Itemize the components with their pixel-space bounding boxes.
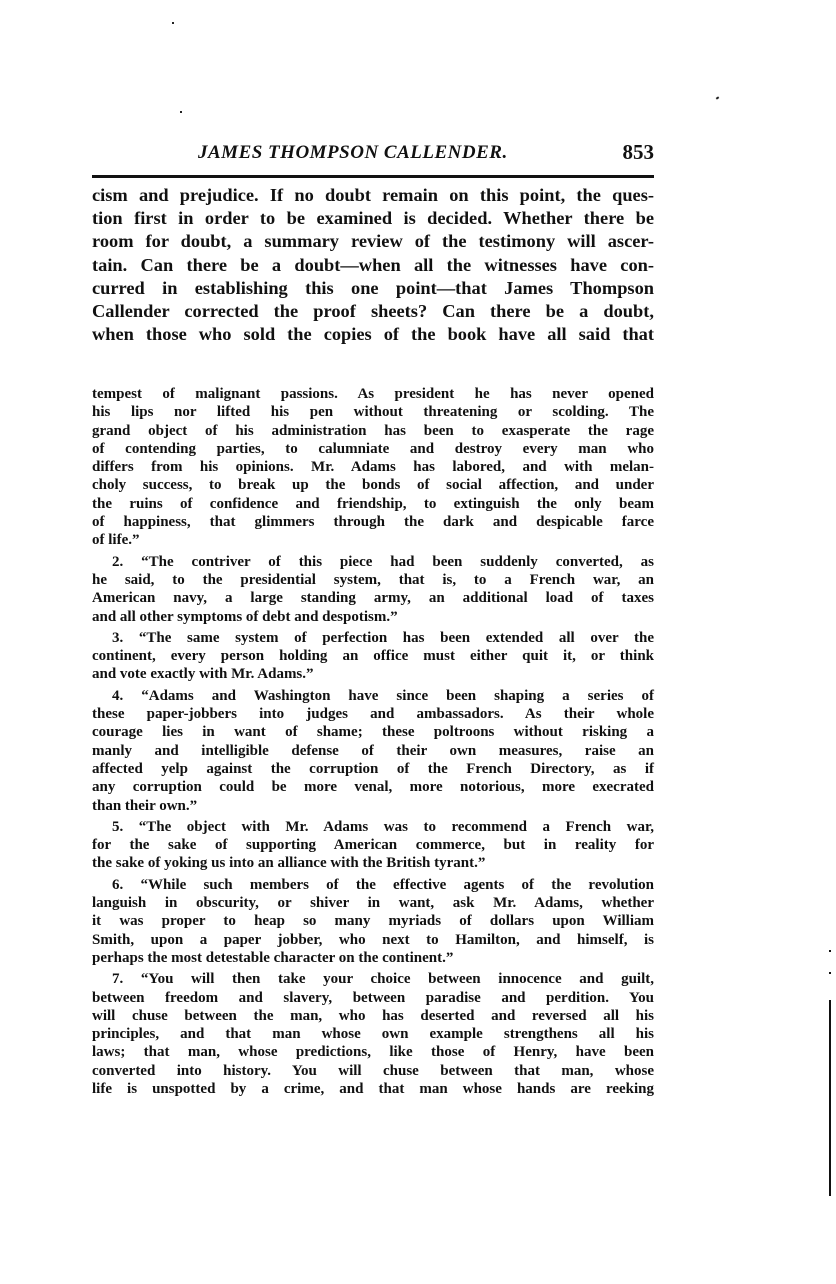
footnote-paragraph: 5. “The object with Mr. Adams was to rec… bbox=[92, 818, 654, 873]
book-page: JAMES THOMPSON CALLENDER. 853 cism and p… bbox=[0, 0, 836, 1284]
footnote-line: his lips nor lifted his pen without thre… bbox=[92, 403, 654, 421]
scan-edge-line bbox=[829, 972, 831, 974]
scan-speck bbox=[172, 22, 174, 24]
page-header: JAMES THOMPSON CALLENDER. 853 bbox=[92, 136, 654, 176]
footnote-line: and vote exactly with Mr. Adams.” bbox=[92, 665, 654, 683]
footnote-line: affected yelp against the corruption of … bbox=[92, 760, 654, 778]
footnote-line: life is unspotted by a crime, and that m… bbox=[92, 1080, 654, 1098]
footnote-line: converted into history. You will chuse b… bbox=[92, 1062, 654, 1080]
footnote-line: 3. “The same system of perfection has be… bbox=[92, 629, 654, 647]
footnote-line: 4. “Adams and Washington have since been… bbox=[92, 687, 654, 705]
footnote-line: 2. “The contriver of this piece had been… bbox=[92, 553, 654, 571]
body-line: curred in establishing this one point—th… bbox=[92, 277, 654, 300]
footnote-line: of contending parties, to calumniate and… bbox=[92, 440, 654, 458]
footnote-line: manly and intelligible defense of their … bbox=[92, 742, 654, 760]
footnote-paragraph: tempest of malignant passions. As presid… bbox=[92, 385, 654, 550]
footnote-paragraph: 3. “The same system of perfection has be… bbox=[92, 629, 654, 684]
footnote-line: languish in obscurity, or shiver in want… bbox=[92, 894, 654, 912]
footnote-line: for the sake of supporting American comm… bbox=[92, 836, 654, 854]
body-text: cism and prejudice. If no doubt remain o… bbox=[92, 184, 654, 346]
footnote-line: and all other symptoms of debt and despo… bbox=[92, 608, 654, 626]
body-line: room for doubt, a summary review of the … bbox=[92, 230, 654, 253]
footnote-line: will chuse between the man, who has dese… bbox=[92, 1007, 654, 1025]
footnote-line: he said, to the presidential system, tha… bbox=[92, 571, 654, 589]
footnote-line: grand object of his administration has b… bbox=[92, 422, 654, 440]
body-line: tain. Can there be a doubt—when all the … bbox=[92, 254, 654, 277]
body-line: when those who sold the copies of the bo… bbox=[92, 323, 654, 346]
footnote-line: differs from his opinions. Mr. Adams has… bbox=[92, 458, 654, 476]
running-title: JAMES THOMPSON CALLENDER. bbox=[198, 142, 508, 164]
body-line: cism and prejudice. If no doubt remain o… bbox=[92, 184, 654, 207]
footnote-line: it was proper to heap so many myriads of… bbox=[92, 912, 654, 930]
body-line: Callender corrected the proof sheets? Ca… bbox=[92, 300, 654, 323]
footnote-line: the sake of yoking us into an alliance w… bbox=[92, 854, 654, 872]
footnote-line: principles, and that man whose own examp… bbox=[92, 1025, 654, 1043]
footnote-line: between freedom and slavery, between par… bbox=[92, 989, 654, 1007]
footnote-paragraph: 7. “You will then take your choice betwe… bbox=[92, 970, 654, 1098]
footnote-line: the ruins of confidence and friendship, … bbox=[92, 495, 654, 513]
footnote-line: of life.” bbox=[92, 531, 654, 549]
footnote-line: 6. “While such members of the effective … bbox=[92, 876, 654, 894]
footnote-line: perhaps the most detestable character on… bbox=[92, 949, 654, 967]
scan-speck bbox=[180, 111, 182, 113]
footnote-line: any corruption could be more venal, more… bbox=[92, 778, 654, 796]
footnote-paragraph: 4. “Adams and Washington have since been… bbox=[92, 687, 654, 815]
footnote-paragraph: 6. “While such members of the effective … bbox=[92, 876, 654, 967]
footnote-paragraph: 2. “The contriver of this piece had been… bbox=[92, 553, 654, 626]
body-line: tion first in order to be examined is de… bbox=[92, 207, 654, 230]
footnote-line: of happiness, that glimmers through the … bbox=[92, 513, 654, 531]
scan-edge-line bbox=[829, 1000, 831, 1196]
footnotes: tempest of malignant passions. As presid… bbox=[92, 385, 654, 1098]
footnote-line: these paper-jobbers into judges and amba… bbox=[92, 705, 654, 723]
scan-edge-line bbox=[829, 950, 831, 952]
footnote-line: continent, every person holding an offic… bbox=[92, 647, 654, 665]
footnote-line: courage lies in want of shame; these pol… bbox=[92, 723, 654, 741]
header-rule bbox=[92, 175, 654, 178]
footnote-line: Smith, upon a paper jobber, who next to … bbox=[92, 931, 654, 949]
footnote-line: than their own.” bbox=[92, 797, 654, 815]
scan-speck bbox=[716, 96, 720, 99]
footnote-line: 5. “The object with Mr. Adams was to rec… bbox=[92, 818, 654, 836]
footnote-line: laws; that man, whose predictions, like … bbox=[92, 1043, 654, 1061]
footnote-line: choly success, to break up the bonds of … bbox=[92, 476, 654, 494]
footnote-line: tempest of malignant passions. As presid… bbox=[92, 385, 654, 403]
footnote-line: 7. “You will then take your choice betwe… bbox=[92, 970, 654, 988]
footnote-line: American navy, a large standing army, an… bbox=[92, 589, 654, 607]
page-number: 853 bbox=[623, 140, 655, 165]
